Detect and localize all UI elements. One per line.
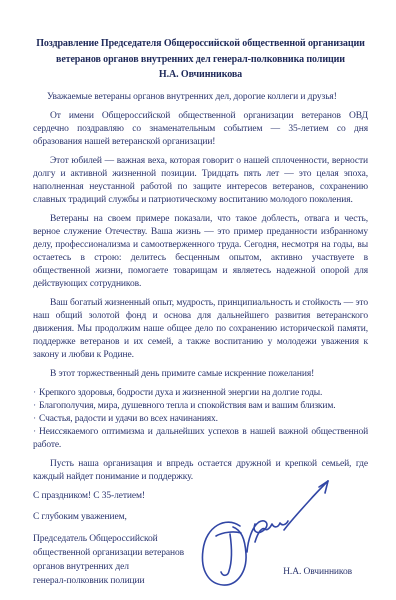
- signer-title-line: общественной организации ветеранов: [33, 546, 184, 560]
- paragraph-anniversary: От имени Общероссийской общественной орг…: [33, 110, 368, 149]
- paragraph-jubilee: Этот юбилей — важная веха, которая говор…: [33, 155, 368, 207]
- congrats-line: С праздником! С 35-летием!: [33, 490, 368, 503]
- wish-text: Неиссякаемого оптимизма и дальнейших усп…: [33, 427, 368, 450]
- signer-title-line: генерал-полковник полиции: [33, 574, 184, 588]
- paragraph-experience: Ваш богатый жизненный опыт, мудрость, пр…: [33, 297, 368, 362]
- paragraph-veterans-example: Ветераны на своем примере показали, что …: [33, 213, 368, 291]
- bullet-dot-icon: ·: [33, 414, 36, 424]
- wishes-list: ·Крепкого здоровья, бодрости духа и жизн…: [33, 387, 368, 452]
- bullet-dot-icon: ·: [33, 388, 36, 398]
- paragraph-wishes-intro: В этот торжественный день примите самые …: [33, 368, 368, 381]
- wish-item: ·Благополучия, мира, душевного тепла и с…: [33, 400, 368, 413]
- closing-line: С глубоким уважением,: [33, 511, 368, 524]
- paragraph-family: Пусть наша организация и впредь остается…: [33, 458, 368, 484]
- wish-item: ·Неиссякаемого оптимизма и дальнейших ус…: [33, 426, 368, 452]
- bullet-dot-icon: ·: [33, 401, 36, 411]
- wish-text: Крепкого здоровья, бодрости духа и жизне…: [39, 388, 322, 398]
- wish-text: Счастья, радости и удачи во всех начинан…: [39, 414, 218, 424]
- letter-page: Поздравление Председателя Общероссийской…: [0, 0, 396, 600]
- signer-title: Председатель Общероссийской общественной…: [33, 532, 184, 588]
- bullet-dot-icon: ·: [33, 427, 36, 437]
- signer-title-line: Председатель Общероссийской: [33, 532, 184, 546]
- wish-item: ·Счастья, радости и удачи во всех начина…: [33, 413, 368, 426]
- signer-name: Н.А. Овчинников: [283, 566, 352, 579]
- wish-item: ·Крепкого здоровья, бодрости духа и жизн…: [33, 387, 368, 400]
- letter-title: Поздравление Председателя Общероссийской…: [33, 36, 368, 83]
- wish-text: Благополучия, мира, душевного тепла и сп…: [39, 401, 335, 411]
- signer-title-line: органов внутренних дел: [33, 560, 184, 574]
- letter-title-line: Н.А. Овчинникова: [33, 67, 368, 83]
- letter-title-line: ветеранов органов внутренних дел генерал…: [33, 52, 368, 68]
- letter-title-line: Поздравление Председателя Общероссийской…: [33, 36, 368, 52]
- signature-block: Председатель Общероссийской общественной…: [33, 532, 368, 588]
- greeting-line: Уважаемые ветераны органов внутренних де…: [33, 91, 368, 104]
